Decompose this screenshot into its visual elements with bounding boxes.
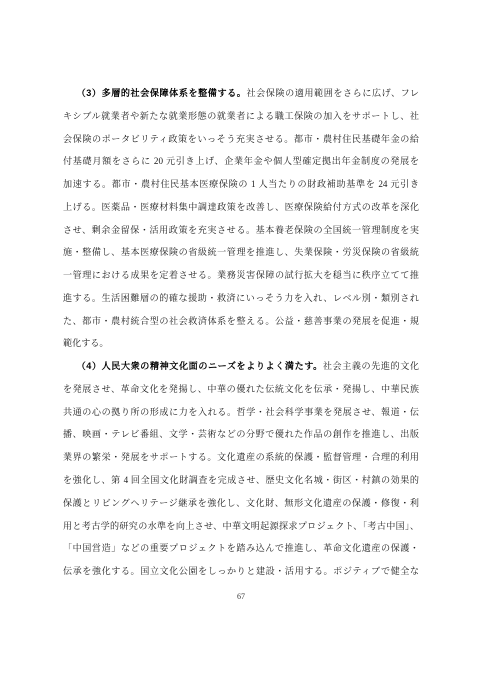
- body-text: 業界の繁栄・発展をサポートする。文化遺産の系統的保護・監督管理・合理的利用: [63, 452, 419, 462]
- document-page: （3）多層的社会保障体系を整備する。社会保険の適用範囲をさらに広げ、フレキシブル…: [0, 0, 480, 679]
- body-text: を発展させ、革命文化を発揚し、中華の優れた伝統文化を伝承・発揚し、中華民族: [63, 384, 419, 394]
- body-text: 用と考古学的研究の水準を向上させ、中華文明起源探求プロジェクト、「考古中国」、: [63, 521, 419, 531]
- body-text: を強化し、第 4 回全国文化財調査を完成させ、歴史文化名城・街区・村鎮の効果的: [63, 475, 419, 485]
- text-line: 範化する。: [63, 332, 419, 355]
- body-text: 保護とリビングヘリテージ継承を強化し、文化財、無形文化遺産の保護・修復・利: [63, 498, 419, 508]
- body-text: 施・整備し、基本医療保険の省級統一管理を推進し、失業保険・労災保険の省級統: [63, 247, 419, 257]
- text-line: た、都市・農村統合型の社会救済体系を整える。公益・慈善事業の発展を促進・規: [63, 310, 419, 333]
- text-line: 会保険のポータビリティ政策をいっそう充実させる。都市・農村住民基礎年金の給: [63, 128, 419, 151]
- text-line: キシブル就業者や新たな就業形態の就業者による職工保険の加入をサポートし、社: [63, 105, 419, 128]
- body-text: 範化する。: [63, 338, 108, 348]
- body-text: 伝承を強化する。国立文化公園をしっかりと建設・活用する。ポジティブで健全な: [63, 566, 419, 576]
- body-text: 進する。生活困難層の的確な援助・救済にいっそう力を入れ、レベル別・類別され: [63, 293, 419, 303]
- text-line: を発展させ、革命文化を発揚し、中華の優れた伝統文化を伝承・発揚し、中華民族: [63, 378, 419, 401]
- text-line: 伝承を強化する。国立文化公園をしっかりと建設・活用する。ポジティブで健全な: [63, 560, 419, 583]
- body-text: 上げる。医薬品・医療材料集中調達政策を改善し、医療保険給付方式の改革を深化: [63, 202, 419, 212]
- body-text: 一管理における成果を定着させる。業務災害保障の試行拡大を穏当に秩序立てて推: [63, 270, 419, 280]
- body-text: 社会主義の先進的文化: [323, 361, 419, 371]
- body-text: 付基礎月額をさらに 20 元引き上げ、企業年金や個人型確定拠出年金制度の発展を: [63, 156, 419, 166]
- paragraph-3: （3）多層的社会保障体系を整備する。社会保険の適用範囲をさらに広げ、フレキシブル…: [63, 82, 419, 355]
- paragraph-4: （4）人民大衆の精神文化面のニーズをよりよく満たす。社会主義の先進的文化を発展さ…: [63, 355, 419, 583]
- body-text: 会保険のポータビリティ政策をいっそう充実させる。都市・農村住民基礎年金の給: [63, 134, 419, 144]
- text-line: （4）人民大衆の精神文化面のニーズをよりよく満たす。社会主義の先進的文化: [63, 355, 419, 378]
- body-text: た、都市・農村統合型の社会救済体系を整える。公益・慈善事業の発展を促進・規: [63, 316, 419, 326]
- text-line: 保護とリビングヘリテージ継承を強化し、文化財、無形文化遺産の保護・修復・利: [63, 492, 419, 515]
- text-line: 用と考古学的研究の水準を向上させ、中華文明起源探求プロジェクト、「考古中国」、: [63, 515, 419, 538]
- body-text: させ、剰余金留保・活用政策を充実させる。基本養老保険の全国統一管理制度を実: [63, 225, 419, 235]
- text-line: 「中国営造」などの重要プロジェクトを踏み込んで推進し、革命文化遺産の保護・: [63, 537, 419, 560]
- text-line: させ、剰余金留保・活用政策を充実させる。基本養老保険の全国統一管理制度を実: [63, 219, 419, 242]
- page-number: 67: [63, 592, 419, 601]
- text-line: 加速する。都市・農村住民基本医療保険の 1 人当たりの財政補助基準を 24 元引…: [63, 173, 419, 196]
- text-line: 業界の繁栄・発展をサポートする。文化遺産の系統的保護・監督管理・合理的利用: [63, 446, 419, 469]
- body-text: 社会保険の適用範囲をさらに広げ、フレ: [246, 88, 419, 98]
- text-line: 播、映画・テレビ番組、文学・芸術などの分野で優れた作品の創作を推進し、出版: [63, 423, 419, 446]
- text-line: を強化し、第 4 回全国文化財調査を完成させ、歴史文化名城・街区・村鎮の効果的: [63, 469, 419, 492]
- body-text: 播、映画・テレビ番組、文学・芸術などの分野で優れた作品の創作を推進し、出版: [63, 429, 419, 439]
- body-text: 加速する。都市・農村住民基本医療保険の 1 人当たりの財政補助基準を 24 元引…: [63, 179, 419, 189]
- text-line: 共通の心の拠り所の形成に力を入れる。哲学・社会科学事業を発展させ、報道・伝: [63, 401, 419, 424]
- body-text: 共通の心の拠り所の形成に力を入れる。哲学・社会科学事業を発展させ、報道・伝: [63, 407, 419, 417]
- page-text: （3）多層的社会保障体系を整備する。社会保険の適用範囲をさらに広げ、フレキシブル…: [63, 82, 419, 583]
- text-line: 一管理における成果を定着させる。業務災害保障の試行拡大を穏当に秩序立てて推: [63, 264, 419, 287]
- text-line: （3）多層的社会保障体系を整備する。社会保険の適用範囲をさらに広げ、フレ: [63, 82, 419, 105]
- text-line: 施・整備し、基本医療保険の省級統一管理を推進し、失業保険・労災保険の省級統: [63, 241, 419, 264]
- body-text: キシブル就業者や新たな就業形態の就業者による職工保険の加入をサポートし、社: [63, 111, 419, 121]
- text-line: 上げる。医薬品・医療材料集中調達政策を改善し、医療保険給付方式の改革を深化: [63, 196, 419, 219]
- body-text: 「中国営造」などの重要プロジェクトを踏み込んで推進し、革命文化遺産の保護・: [63, 543, 419, 553]
- text-line: 付基礎月額をさらに 20 元引き上げ、企業年金や個人型確定拠出年金制度の発展を: [63, 150, 419, 173]
- text-line: 進する。生活困難層の的確な援助・救済にいっそう力を入れ、レベル別・類別され: [63, 287, 419, 310]
- heading-text: （3）多層的社会保障体系を整備する。: [77, 88, 247, 98]
- heading-text: （4）人民大衆の精神文化面のニーズをよりよく満たす。: [77, 361, 323, 371]
